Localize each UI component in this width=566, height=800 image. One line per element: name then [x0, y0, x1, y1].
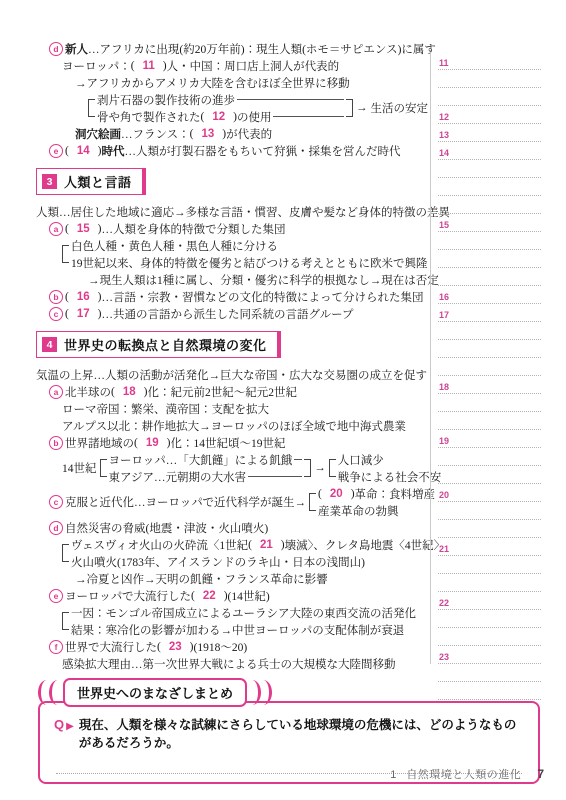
text-run: 化：紀元前2世紀～紀元2世紀: [147, 384, 297, 400]
content-line: f世界で大流行した(23)(1918～20): [36, 638, 428, 655]
summary-header: 世界史へのまなざしまとめ: [38, 679, 540, 706]
blank-number: 23: [161, 641, 190, 653]
text-run: 自然災害の脅威(地震・津波・火山噴火): [65, 520, 268, 536]
margin-answer-number: 14: [439, 148, 449, 158]
brace-column: 剥片石器の製作技術の進歩骨や角で製作された(12)の使用: [97, 91, 346, 125]
blank-number: 22: [195, 590, 224, 602]
brace-row: ヨーロッパ…「大飢饉」による飢餓: [109, 451, 305, 468]
left-brace-icon: [62, 612, 69, 630]
brace-row: 生活の安定: [371, 100, 429, 117]
text-run: 19世紀以来、身体的特徴を優劣と結びつける考えとともに欧米で興隆: [71, 255, 428, 271]
note-rule-line: 23: [438, 646, 541, 664]
circled-letter-e: e: [49, 589, 63, 603]
text-run: が代表的: [226, 126, 272, 142]
brace-lead: 14世紀: [62, 460, 97, 476]
note-rule-line: [438, 268, 541, 286]
arrow-icon: →: [314, 462, 326, 474]
arrow-icon: →: [356, 102, 368, 114]
content-line: アルプス以北：耕作地拡大→ヨーロッパのほぼ全域で地中海式農業: [36, 417, 428, 434]
note-rule-line: 15: [438, 214, 541, 232]
margin-answer-number: 20: [439, 490, 449, 500]
note-rule-line: [438, 196, 541, 214]
brace-row: (20)革命：食料増産: [318, 485, 435, 502]
footer-chapter-number: 1: [390, 769, 396, 781]
text-run: 産業革命の勃興: [318, 503, 399, 519]
text-run: 剥片石器の製作技術の進歩: [97, 92, 235, 108]
text-run: 世界で大流行した: [65, 639, 157, 655]
circled-letter-a: a: [49, 385, 63, 399]
content-line: d新人…アフリカに出現(約20万年前)：現生人類(ホモ＝サピエンス)に属す: [36, 40, 428, 57]
brace-row: ヴェスヴィオ火山の火砕流〈1世紀(21)壊滅〉、クレタ島地震〈4世紀〉: [71, 536, 445, 553]
margin-answer-number: 13: [439, 130, 449, 140]
note-rule-line: [438, 502, 541, 520]
text-run: 戦争による社会不安: [338, 469, 442, 485]
brace-row: 結果：寒冷化の影響が加わる→中世ヨーロッパの支配体制が衰退: [71, 621, 416, 638]
text-run: …人類が打製石器をもちいて狩猟・採集を営んだ時代: [124, 143, 400, 159]
content-line: ローマ帝国：繁栄、漢帝国：支配を拡大: [36, 400, 428, 417]
note-rule-line: [438, 70, 541, 88]
note-rule-line: [438, 88, 541, 106]
answer-blank: (11): [131, 60, 167, 72]
content-line: d自然災害の脅威(地震・津波・火山噴火): [36, 519, 428, 536]
section-header: 3人類と言語: [36, 168, 146, 195]
summary-title: 世界史へのまなざしまとめ: [63, 678, 247, 707]
connector-line: [237, 99, 344, 100]
text-run: …共通の言語から派生した同系統の言語グループ: [101, 306, 353, 322]
text-run: 結果：寒冷化の影響が加わる→中世ヨーロッパの支配体制が衰退: [71, 622, 404, 638]
brace-result-column: 生活の安定: [371, 100, 429, 117]
text-run: アルプス以北：耕作地拡大→ヨーロッパのほぼ全域で地中海式農業: [62, 418, 406, 434]
blank-number: 13: [194, 128, 223, 140]
connector-line: [294, 459, 302, 460]
brace-row: 白色人種・黄色人種・黒色人種に分ける: [71, 237, 428, 254]
brace-group: 白色人種・黄色人種・黒色人種に分ける19世紀以来、身体的特徴を優劣と結びつける考…: [36, 237, 428, 271]
note-rule-line: 20: [438, 484, 541, 502]
answer-blank: (18): [111, 386, 147, 398]
content-line: →アフリカからアメリカ大陸を含むほぼ全世界に移動: [36, 74, 428, 91]
text-run: 人口減少: [338, 452, 384, 468]
text-run: (14世紀): [228, 588, 270, 604]
bold-text: 洞穴絵画: [75, 126, 121, 142]
left-brace-icon: [88, 99, 95, 117]
note-rule-line: [438, 358, 541, 376]
text-run: …アフリカに出現(約20万年前)：現生人類(ホモ＝サピエンス)に属す: [88, 41, 436, 57]
circled-letter-c: c: [49, 495, 63, 509]
double-bracket-right-icon: [252, 680, 261, 705]
left-brace-icon: [309, 493, 316, 511]
brace-row: 一因：モンゴル帝国成立によるユーラシア大陸の東西交流の活発化: [71, 604, 416, 621]
margin-answer-number: 23: [439, 652, 449, 662]
blank-number: 17: [69, 308, 98, 320]
brace-row: 東アジア…元朝期の大水害: [109, 468, 305, 485]
section-number: 3: [42, 174, 57, 189]
brace-group: c克服と近代化…ヨーロッパで近代科学が誕生→(20)革命：食料増産産業革命の勃興: [36, 485, 428, 519]
blank-number: 21: [252, 539, 281, 551]
note-rule-line: [438, 250, 541, 268]
circled-letter-d: d: [49, 521, 63, 535]
text-run: 感染拡大理由…第一次世界大戦による兵士の大規模な大陸間移動: [62, 656, 396, 672]
q-arrow-icon: ▶: [66, 721, 74, 732]
answer-blank: (22): [191, 590, 227, 602]
left-brace-icon: [100, 459, 107, 477]
blank-number: 16: [69, 291, 98, 303]
text-run: 北半球の: [65, 384, 111, 400]
brace-column: (20)革命：食料増産産業革命の勃興: [318, 485, 435, 519]
brace-row: 火山噴火(1783年、アイスランドのラキ山・日本の浅間山): [71, 553, 445, 570]
right-brace-icon: [346, 99, 353, 117]
blank-number: 14: [69, 145, 98, 157]
brace-row: 19世紀以来、身体的特徴を優劣と結びつける考えとともに欧米で興隆: [71, 254, 428, 271]
content-line: →冷夏と凶作→天明の飢饉・フランス革命に影響: [36, 570, 428, 587]
margin-answer-number: 15: [439, 220, 449, 230]
brace-row: 産業革命の勃興: [318, 502, 435, 519]
brace-group: 14世紀ヨーロッパ…「大飢饉」による飢餓東アジア…元朝期の大水害→人口減少戦争に…: [36, 451, 428, 485]
section-header-row: 3人類と言語: [36, 159, 428, 203]
footer-chapter-title: 自然環境と人類の進化: [406, 766, 521, 782]
margin-answer-number: 16: [439, 292, 449, 302]
margin-answer-number: 17: [439, 310, 449, 320]
workbook-page: d新人…アフリカに出現(約20万年前)：現生人類(ホモ＝サピエンス)に属すヨーロ…: [0, 0, 566, 800]
section-header-row: 4世界史の転換点と自然環境の変化: [36, 322, 428, 366]
note-rule-line: 12: [438, 106, 541, 124]
brace-result-column: 人口減少戦争による社会不安: [338, 451, 442, 485]
circled-letter-d: d: [49, 42, 63, 56]
answer-blank: (14): [65, 145, 101, 157]
note-rule-line: [438, 412, 541, 430]
text-run: →冷夏と凶作→天明の飢饉・フランス革命に影響: [75, 571, 328, 587]
text-run: 気温の上昇…人類の活動が活発化→巨大な帝国・広大な交易圏の成立を促す: [36, 367, 427, 383]
content-line: 気温の上昇…人類の活動が活発化→巨大な帝国・広大な交易圏の成立を促す: [36, 366, 428, 383]
brace-row: 戦争による社会不安: [338, 468, 442, 485]
brace-lead: c克服と近代化…ヨーロッパで近代科学が誕生→: [49, 494, 306, 510]
footer-page-number: 7: [537, 767, 544, 781]
text-run: 東アジア…元朝期の大水害: [109, 469, 247, 485]
text-run: 克服と近代化…ヨーロッパで近代科学が誕生→: [65, 494, 306, 510]
margin-answer-number: 12: [439, 112, 449, 122]
note-rule-line: 22: [438, 592, 541, 610]
content-line: b世界諸地域の(19)化：14世紀頃～19世紀: [36, 434, 428, 451]
brace-row: 剥片石器の製作技術の進歩: [97, 91, 346, 108]
blank-number: 19: [138, 437, 167, 449]
brace-row: 人口減少: [338, 451, 442, 468]
note-rule-line: 11: [438, 52, 541, 70]
answer-blank: (13): [190, 128, 226, 140]
bold-text: 新人: [65, 41, 88, 57]
text-run: の使用: [237, 109, 272, 125]
text-run: …フランス：: [121, 126, 190, 142]
content-line: a北半球の(18)化：紀元前2世紀～紀元2世紀: [36, 383, 428, 400]
content-line: 感染拡大理由…第一次世界大戦による兵士の大規模な大陸間移動: [36, 655, 428, 672]
left-brace-icon: [329, 459, 336, 477]
note-rule-line: [438, 610, 541, 628]
section-header: 4世界史の転換点と自然環境の変化: [36, 331, 281, 358]
content-line: 洞穴絵画…フランス：(13)が代表的: [36, 125, 428, 142]
text-run: 壊滅〉、クレタ島地震〈4世紀〉: [285, 537, 446, 553]
text-run: ローマ帝国：繁栄、漢帝国：支配を拡大: [62, 401, 269, 417]
text-run: 火山噴火(1783年、アイスランドのラキ山・日本の浅間山): [71, 554, 365, 570]
note-rule-line: [438, 340, 541, 358]
margin-answer-number: 18: [439, 382, 449, 392]
brace-group: ヴェスヴィオ火山の火砕流〈1世紀(21)壊滅〉、クレタ島地震〈4世紀〉火山噴火(…: [36, 536, 428, 570]
note-rule-line: [438, 160, 541, 178]
section-title: 人類と言語: [64, 172, 132, 191]
note-rule-line: [438, 394, 541, 412]
circled-letter-c: c: [49, 307, 63, 321]
study-content-column: d新人…アフリカに出現(約20万年前)：現生人類(ホモ＝サピエンス)に属すヨーロ…: [36, 40, 428, 672]
question-text: 現在、人類を様々な試練にさらしている地球環境の危機には、どのようなものがあるだろ…: [79, 715, 524, 751]
margin-answer-number: 11: [439, 58, 449, 68]
answer-blank: (16): [65, 291, 101, 303]
brace-row: 骨や角で製作された(12)の使用: [97, 108, 346, 125]
text-run: 化：14世紀頃～19世紀: [170, 435, 285, 451]
note-rule-line: [438, 448, 541, 466]
left-brace-icon: [62, 245, 69, 263]
answer-blank: (19): [134, 437, 170, 449]
section-number: 4: [42, 337, 57, 352]
text-run: 骨や角で製作された: [97, 109, 201, 125]
section-title: 世界史の転換点と自然環境の変化: [64, 335, 267, 354]
note-rule-line: [438, 466, 541, 484]
note-rule-line: [438, 556, 541, 574]
margin-answer-number: 21: [439, 544, 449, 554]
blank-number: 20: [322, 488, 351, 500]
answer-blank: (12): [201, 111, 237, 123]
q-label: Q: [54, 717, 64, 732]
answer-blank: (17): [65, 308, 101, 320]
text-run: 人・中国：周口店上洞人が代表的: [167, 58, 340, 74]
circled-letter-e: e: [49, 144, 63, 158]
circled-letter-f: f: [49, 640, 63, 654]
brace-column: ヴェスヴィオ火山の火砕流〈1世紀(21)壊滅〉、クレタ島地震〈4世紀〉火山噴火(…: [71, 536, 445, 570]
text-run: 人類…居住した地域に適応→多様な言語・慣習、皮膚や髪など身体的特徴の差異: [36, 204, 450, 220]
content-line: ヨーロッパ：(11)人・中国：周口店上洞人が代表的: [36, 57, 428, 74]
circled-letter-b: b: [49, 290, 63, 304]
blank-number: 11: [135, 60, 163, 72]
content-line: →現生人類は1種に属し、分類・優劣に科学的根拠なし→現在は否定: [36, 271, 428, 288]
content-line: c(17)…共通の言語から派生した同系統の言語グループ: [36, 305, 428, 322]
text-run: 生活の安定: [371, 100, 429, 116]
text-run: ヨーロッパで大流行した: [65, 588, 191, 604]
text-run: 白色人種・黄色人種・黒色人種に分ける: [71, 238, 278, 254]
text-run: 世界諸地域の: [65, 435, 134, 451]
answer-blank: (15): [65, 223, 101, 235]
double-bracket-left-icon: [49, 680, 58, 705]
note-rule-line: [438, 178, 541, 196]
note-rule-line: 16: [438, 286, 541, 304]
connector-line: [273, 116, 344, 117]
brace-column: 一因：モンゴル帝国成立によるユーラシア大陸の東西交流の活発化結果：寒冷化の影響が…: [71, 604, 416, 638]
content-line: e(14)時代…人類が打製石器をもちいて狩猟・採集を営んだ時代: [36, 142, 428, 159]
note-rule-line: [438, 232, 541, 250]
content-line: a(15)…人類を身体的特徴で分類した集団: [36, 220, 428, 237]
note-margin-column: 11121314151617181920212223: [430, 52, 545, 664]
brace-column: 白色人種・黄色人種・黒色人種に分ける19世紀以来、身体的特徴を優劣と結びつける考…: [71, 237, 428, 271]
margin-answer-number: 19: [439, 436, 449, 446]
question-line: Q ▶ 現在、人類を様々な試練にさらしている地球環境の危機には、どのようなものが…: [54, 715, 524, 751]
text-run: 14世紀: [62, 460, 97, 476]
note-rule-line: 19: [438, 430, 541, 448]
note-rule-line: [438, 322, 541, 340]
blank-number: 15: [69, 223, 98, 235]
answer-blank: (21): [248, 539, 284, 551]
content-line: b(16)…言語・宗教・習慣などの文化的特徴によって分けられた集団: [36, 288, 428, 305]
right-brace-icon: [304, 459, 311, 477]
blank-number: 12: [204, 111, 233, 123]
answer-blank: (20): [318, 488, 354, 500]
text-run: ヨーロッパ…「大飢饉」による飢餓: [109, 452, 293, 468]
content-line: eヨーロッパで大流行した(22)(14世紀): [36, 587, 428, 604]
text-run: →アフリカからアメリカ大陸を含むほぼ全世界に移動: [75, 75, 350, 91]
circled-letter-b: b: [49, 436, 63, 450]
text-run: 革命：食料増産: [355, 486, 436, 502]
text-run: (1918～20): [193, 639, 247, 655]
connector-line: [248, 476, 302, 477]
margin-answer-number: 22: [439, 598, 449, 608]
text-run: …言語・宗教・習慣などの文化的特徴によって分けられた集団: [101, 289, 423, 305]
double-bracket-right-icon: [263, 680, 272, 705]
double-bracket-left-icon: [38, 680, 47, 705]
circled-letter-a: a: [49, 222, 63, 236]
note-rule-line: 18: [438, 376, 541, 394]
text-run: ヴェスヴィオ火山の火砕流〈1世紀: [71, 537, 248, 553]
note-rule-line: [438, 574, 541, 592]
content-line: 人類…居住した地域に適応→多様な言語・慣習、皮膚や髪など身体的特徴の差異: [36, 203, 428, 220]
page-footer: 1 自然環境と人類の進化 7: [390, 766, 544, 782]
text-run: 一因：モンゴル帝国成立によるユーラシア大陸の東西交流の活発化: [71, 605, 416, 621]
text-run: …人類を身体的特徴で分類した集団: [101, 221, 285, 237]
brace-group: 剥片石器の製作技術の進歩骨や角で製作された(12)の使用→生活の安定: [36, 91, 428, 125]
text-run: →現生人類は1種に属し、分類・優劣に科学的根拠なし→現在は否定: [88, 272, 439, 288]
note-rule-line: 17: [438, 304, 541, 322]
blank-number: 18: [115, 386, 144, 398]
note-rule-line: 14: [438, 142, 541, 160]
text-run: ヨーロッパ：: [62, 58, 131, 74]
answer-blank: (23): [157, 641, 193, 653]
left-brace-icon: [62, 544, 69, 562]
brace-column: ヨーロッパ…「大飢饉」による飢餓東アジア…元朝期の大水害: [109, 451, 305, 485]
bold-text: 時代: [101, 143, 124, 159]
note-rule-line: 13: [438, 124, 541, 142]
note-rule-line: [438, 520, 541, 538]
note-rule-line: 21: [438, 538, 541, 556]
note-rule-line: [438, 628, 541, 646]
brace-group: 一因：モンゴル帝国成立によるユーラシア大陸の東西交流の活発化結果：寒冷化の影響が…: [36, 604, 428, 638]
